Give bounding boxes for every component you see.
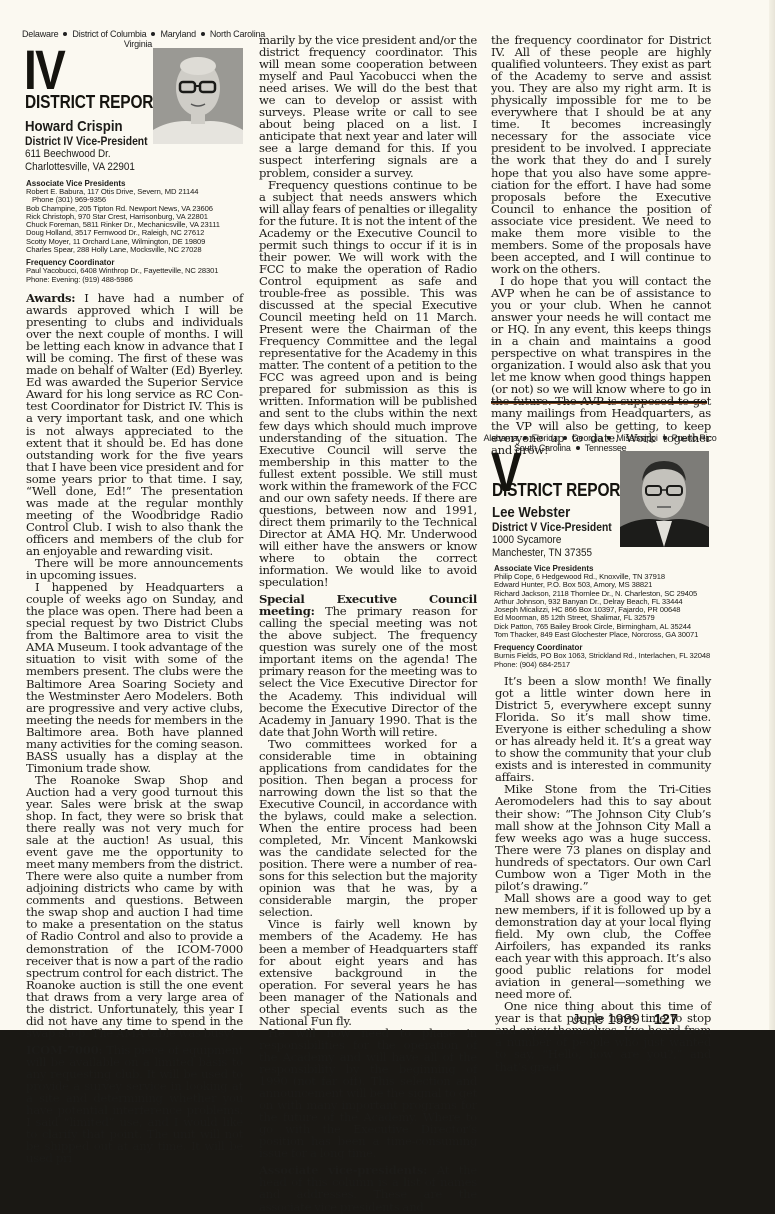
paragraph: He will now need to phase in responsibil… — [259, 1027, 477, 1054]
district-iv-numeral: IV — [24, 48, 64, 92]
issue-date: June 1989 — [572, 1012, 640, 1028]
column-1-body: Awards: I have had a number of awards ap… — [26, 292, 243, 1054]
frequency-coordinator-phone: Phone: (904) 684-2517 — [494, 661, 710, 669]
bullet-icon — [201, 32, 205, 36]
page-number: 127 — [654, 1012, 678, 1028]
bullet-icon — [523, 436, 527, 440]
paragraph: ICOM-7000: This piece of equipment will … — [26, 1044, 243, 1054]
bullet-icon — [576, 446, 580, 450]
paragraph: Awards: I have had a number of awards ap… — [26, 292, 243, 557]
paragraph: the frequency coordinator for District I… — [491, 34, 711, 275]
bullet-icon — [663, 436, 667, 440]
district-iv-vp-name: Howard Crispin — [25, 118, 123, 135]
district-iv-vp-photo — [153, 48, 243, 144]
district-iv-associates: Associate Vice Presidents Robert E. Babu… — [26, 179, 220, 284]
bullet-icon — [607, 436, 611, 440]
column-3-body: the frequency coordinator for District I… — [491, 34, 711, 456]
page-footer: June 1989127 — [572, 1012, 678, 1028]
state-label: Georgia — [572, 433, 603, 443]
bullet-icon — [563, 436, 567, 440]
associate-entry: Tom Thacker, 849 East Glochester Place, … — [494, 631, 710, 639]
paragraph: Mall shows are a good way to get new mem… — [495, 892, 711, 1000]
district-v-vp-title: District V Vice-President — [492, 521, 612, 534]
paragraph: There will be more announcements in up­c… — [26, 557, 243, 581]
section-divider — [491, 401, 707, 404]
state-label: Mississippi — [616, 433, 657, 443]
state-label: Maryland — [160, 29, 195, 39]
district-iv-address-line1: 611 Beechwood Dr. — [25, 148, 111, 161]
paragraph: I do hope that you will contact the AVP … — [491, 275, 711, 456]
paragraph: Mike Stone from the Tri-Cities Aeromodel… — [495, 783, 711, 891]
district-iv-report-title: DISTRICT REPORT — [25, 92, 163, 112]
paragraph: I happened by Headquarters a couple of w… — [26, 581, 243, 774]
district-v-address-line2: Manchester, TN 37355 — [492, 547, 592, 560]
district-v-address-line1: 1000 Sycamore — [492, 534, 561, 547]
paragraph: The Roanoke Swap Shop and Auction had a … — [26, 774, 243, 1039]
district-v-vp-photo — [620, 451, 709, 547]
district-v-associates: Associate Vice Presidents Philip Cope, 6… — [494, 564, 710, 669]
column-2-body: marily by the vice president and/or the … — [259, 34, 477, 1054]
district-iv-address-line2: Charlottesville, VA 22901 — [25, 161, 135, 174]
state-label: Florida — [532, 433, 558, 443]
frequency-coordinator-phone: Phone: Evening: (919) 488-5986 — [26, 276, 220, 284]
district-v-vp-name: Lee Webster — [492, 504, 570, 521]
paragraph: Special Executive Council meeting: The p… — [259, 593, 477, 738]
state-label: Puerto Rico — [672, 433, 717, 443]
state-label: South Carolina — [514, 443, 571, 453]
paragraph: Vince is fairly well known by members of… — [259, 918, 477, 1026]
district-iv-vp-title: District IV Vice-President — [25, 135, 148, 148]
bullet-icon — [63, 32, 67, 36]
portrait-icon — [620, 451, 709, 547]
district-v-body: It’s been a slow month! We finally got a… — [495, 675, 711, 1054]
district-v-report-title: DISTRICT REPORT — [492, 480, 630, 500]
state-label: District of Columbia — [72, 29, 146, 39]
section-label: ICOM-7000: — [26, 1043, 102, 1054]
portrait-icon — [153, 48, 243, 144]
paragraph: It’s been a slow month! We finally got a… — [495, 675, 711, 783]
magazine-page: DelawareDistrict of ColumbiaMarylandNort… — [0, 0, 775, 1030]
associate-entry: Charles Spear, 288 Holly Lane, Mocksvill… — [26, 246, 220, 254]
paragraph: Frequency questions continue to be a sub… — [259, 179, 477, 589]
paragraph: Two committees worked for a consider­abl… — [259, 738, 477, 919]
bullet-icon — [151, 32, 155, 36]
state-label: North Carolina — [210, 29, 265, 39]
paragraph: marily by the vice president and/or the … — [259, 34, 477, 179]
